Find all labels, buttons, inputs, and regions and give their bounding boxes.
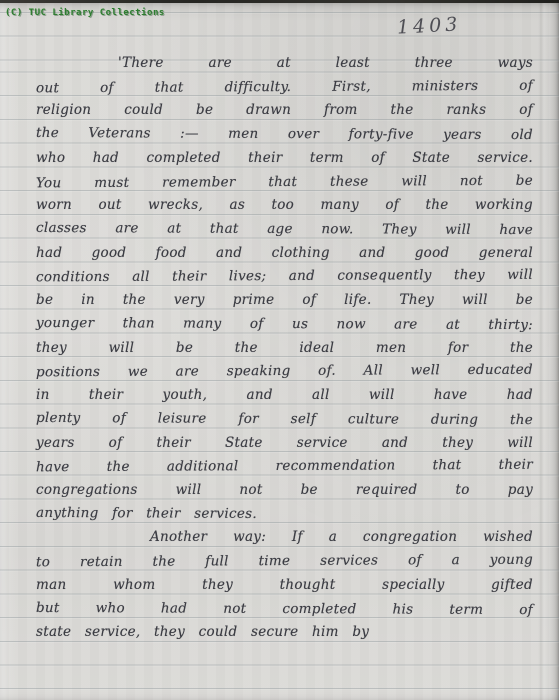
handwriting-line: out of that difficulty. First, ministers… bbox=[36, 74, 533, 100]
handwriting-line: 'There are at least three ways bbox=[36, 52, 533, 76]
handwriting-line: younger than many of us now are at thirt… bbox=[36, 312, 533, 338]
handwriting-line: anything for their services. bbox=[36, 502, 533, 528]
handwriting-line: religion could be drawn from the ranks o… bbox=[36, 99, 533, 123]
handwriting-line: years of their State service and they wi… bbox=[36, 432, 533, 456]
handwriting-line: congregations will not be required to pa… bbox=[36, 479, 533, 503]
handwriting-line: but who had not completed his term of bbox=[36, 596, 533, 622]
handwriting-line: in their youth, and all will have had bbox=[36, 384, 533, 408]
handwriting-line: state service, they could secure him by bbox=[36, 621, 533, 645]
manuscript-text: 'There are at least three ways out of th… bbox=[36, 52, 533, 645]
page-number: 1403 bbox=[396, 13, 461, 38]
handwriting-line: be in the very prime of life. They will … bbox=[36, 289, 533, 313]
handwriting-line: to retain the full time services of a yo… bbox=[36, 549, 533, 575]
handwriting-line: had good food and clothing and good gene… bbox=[36, 242, 533, 266]
handwriting-line: the Veterans :— men over forty-five year… bbox=[36, 122, 533, 148]
scanned-page: (C) TUC Library Collections 1403 'There … bbox=[0, 0, 559, 700]
handwriting-line: they will be the ideal men for the bbox=[36, 337, 533, 361]
library-watermark: (C) TUC Library Collections bbox=[5, 8, 165, 18]
handwriting-line: have the additional recommendation that … bbox=[36, 454, 533, 480]
handwriting-line: classes are at that age now. They will h… bbox=[36, 217, 533, 243]
handwriting-line: plenty of leisure for self culture durin… bbox=[36, 407, 533, 433]
handwriting-line: who had completed their term of State se… bbox=[36, 147, 533, 171]
handwriting-line: man whom they thought specially gifted bbox=[36, 574, 533, 598]
handwriting-line: positions we are speaking of. All well e… bbox=[36, 359, 533, 385]
handwriting-line: Another way: If a congregation wished bbox=[36, 526, 533, 550]
handwriting-line: You must remember that these will not be bbox=[36, 169, 533, 195]
handwriting-line: worn out wrecks, as too many of the work… bbox=[36, 194, 533, 218]
handwriting-line: conditions all their lives; and conseque… bbox=[36, 264, 533, 290]
